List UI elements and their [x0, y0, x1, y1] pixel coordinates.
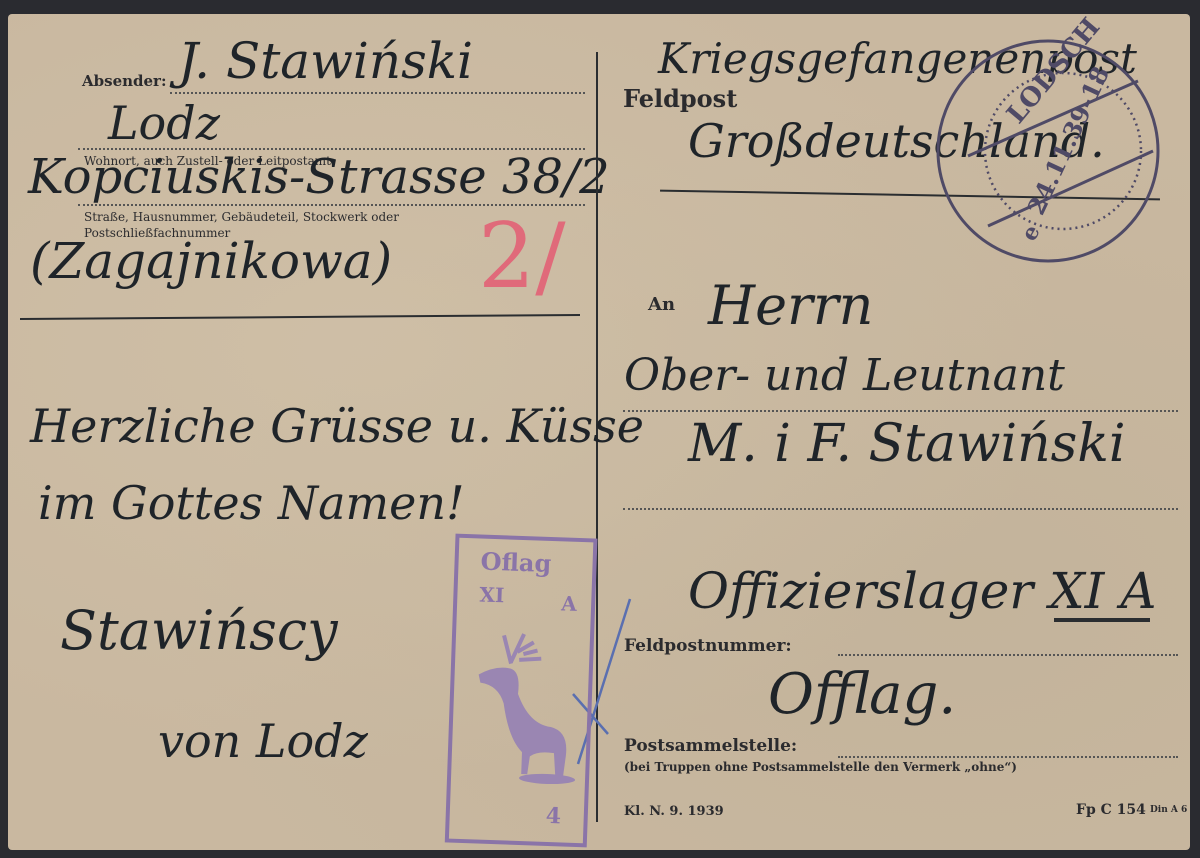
- footer-print-date: Kl. N. 9. 1939: [624, 804, 724, 819]
- camp-name: Offizierslager XI A: [688, 562, 1156, 620]
- recipient-name: M. i F. Stawiński: [688, 414, 1125, 474]
- sender-street: Kopciuskis-Strasse 38/2: [28, 149, 610, 205]
- collection-hint: (bei Truppen ohne Postsammelstelle den V…: [624, 760, 1017, 774]
- rank-dotline: [623, 410, 1178, 412]
- street-label-1: Straße, Hausnummer, Gebäudeteil, Stockwe…: [84, 210, 399, 224]
- stag-icon: [467, 622, 588, 786]
- stamp-title: Oflag: [480, 547, 552, 578]
- sender-label: Absender:: [82, 72, 167, 90]
- postcard: Absender: J. Stawiński Lodz Wohnort, auc…: [8, 14, 1190, 850]
- signature: Stawińscy: [60, 599, 338, 662]
- stamp-left: XI: [479, 582, 505, 607]
- salutation: Herrn: [708, 274, 873, 337]
- fieldpost-value: Offlag.: [768, 662, 956, 727]
- footer-form-number: Fp C 154: [1076, 802, 1146, 818]
- footer-din-size: Din A 6: [1150, 805, 1187, 815]
- sender-dotline: [170, 92, 585, 94]
- sender-city: Lodz: [108, 96, 220, 150]
- signature-place: von Lodz: [158, 714, 368, 768]
- collection-label: Postsammelstelle:: [624, 736, 797, 756]
- message-line-1: Herzliche Grüsse u. Küsse: [30, 399, 644, 453]
- sender-underline: [20, 314, 580, 320]
- stamp-number: 4: [545, 803, 561, 830]
- sender-name: J. Stawiński: [178, 32, 473, 90]
- fieldpost-dotline: [838, 654, 1178, 656]
- sender-district: (Zagajnikowa): [30, 232, 392, 290]
- camp-underline: [1054, 618, 1150, 622]
- red-pencil-mark: 2/: [478, 204, 566, 309]
- stamp-right: A: [561, 591, 577, 616]
- recipient-rank: Ober- und Leutnant: [624, 350, 1065, 401]
- oflag-censor-stamp: Oflag XI A 4: [440, 531, 601, 856]
- collection-dotline: [838, 756, 1178, 758]
- message-line-2: im Gottes Namen!: [38, 476, 464, 530]
- postmark: LODSCH 24.11.39-18 e: [928, 36, 1178, 266]
- name-dotline: [623, 508, 1178, 510]
- to-label: An: [648, 294, 675, 315]
- feldpost-label: Feldpost: [623, 84, 737, 113]
- fieldpost-label: Feldpostnummer:: [624, 636, 792, 656]
